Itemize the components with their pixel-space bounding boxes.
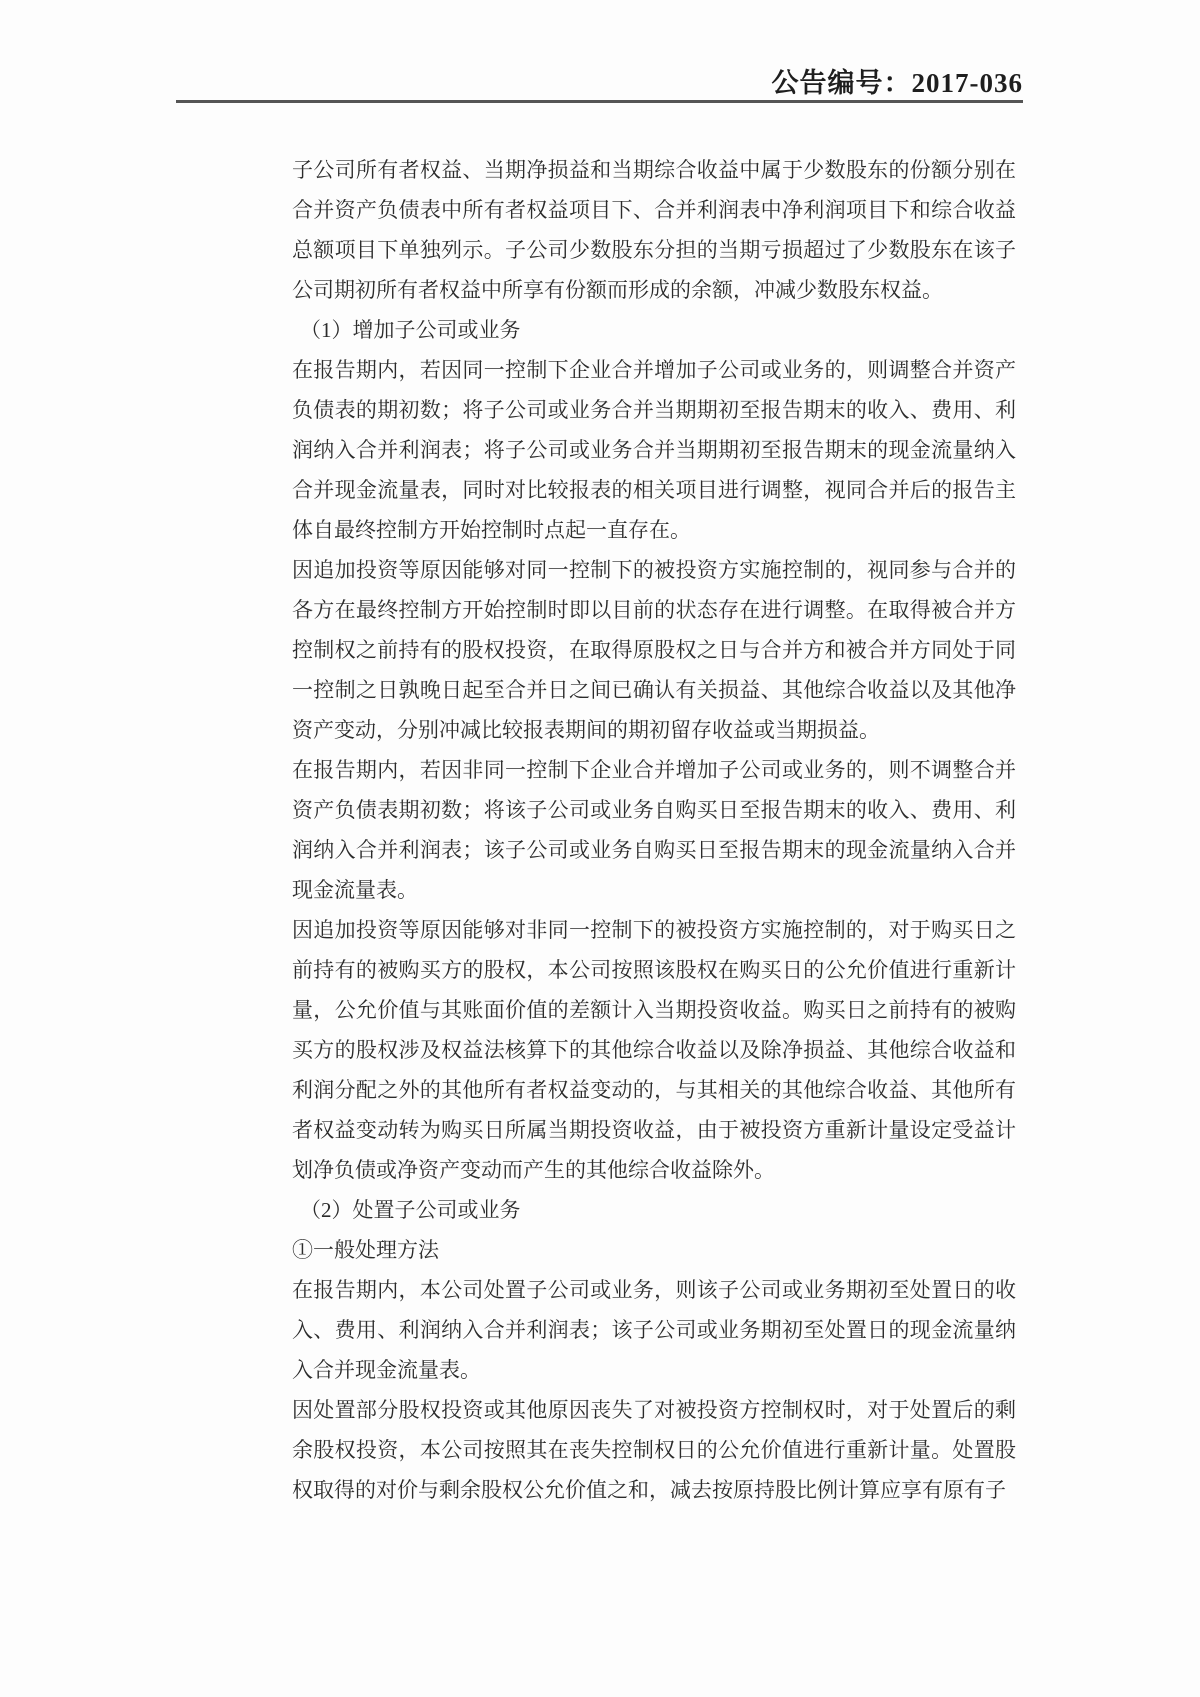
paragraph-non-same-control-merger: 在报告期内，若因非同一控制下企业合并增加子公司或业务的，则不调整合并资产负债表期… <box>292 750 1016 910</box>
heading-add-subsidiary-or-business: （1）增加子公司或业务 <box>292 310 1016 350</box>
announcement-number: 公告编号：2017-036 <box>772 61 1024 100</box>
subheading-general-treatment-method: ①一般处理方法 <box>292 1230 1016 1270</box>
heading-dispose-subsidiary-or-business: （2）处置子公司或业务 <box>292 1190 1016 1230</box>
header-divider-rule <box>176 100 1023 103</box>
paragraph-disposal-during-period: 在报告期内，本公司处置子公司或业务，则该子公司或业务期初至处置日的收入、费用、利… <box>292 1270 1016 1390</box>
document-body: 子公司所有者权益、当期净损益和当期综合收益中属于少数股东的份额分别在合并资产负债… <box>292 150 1016 1510</box>
paragraph-additional-investment-non-same-control: 因追加投资等原因能够对非同一控制下的被投资方实施控制的，对于购买日之前持有的被购… <box>292 910 1016 1190</box>
paragraph-additional-investment-same-control: 因追加投资等原因能够对同一控制下的被投资方实施控制的，视同参与合并的各方在最终控… <box>292 550 1016 750</box>
paragraph-same-control-merger-adjustment: 在报告期内，若因同一控制下企业合并增加子公司或业务的，则调整合并资产负债表的期初… <box>292 350 1016 550</box>
document-page: 公告编号：2017-036 子公司所有者权益、当期净损益和当期综合收益中属于少数… <box>0 0 1200 1697</box>
paragraph-loss-of-control-remeasurement: 因处置部分股权投资或其他原因丧失了对被投资方控制权时，对于处置后的剩余股权投资，… <box>292 1390 1016 1510</box>
paragraph-minority-interest-presentation: 子公司所有者权益、当期净损益和当期综合收益中属于少数股东的份额分别在合并资产负债… <box>292 150 1016 310</box>
